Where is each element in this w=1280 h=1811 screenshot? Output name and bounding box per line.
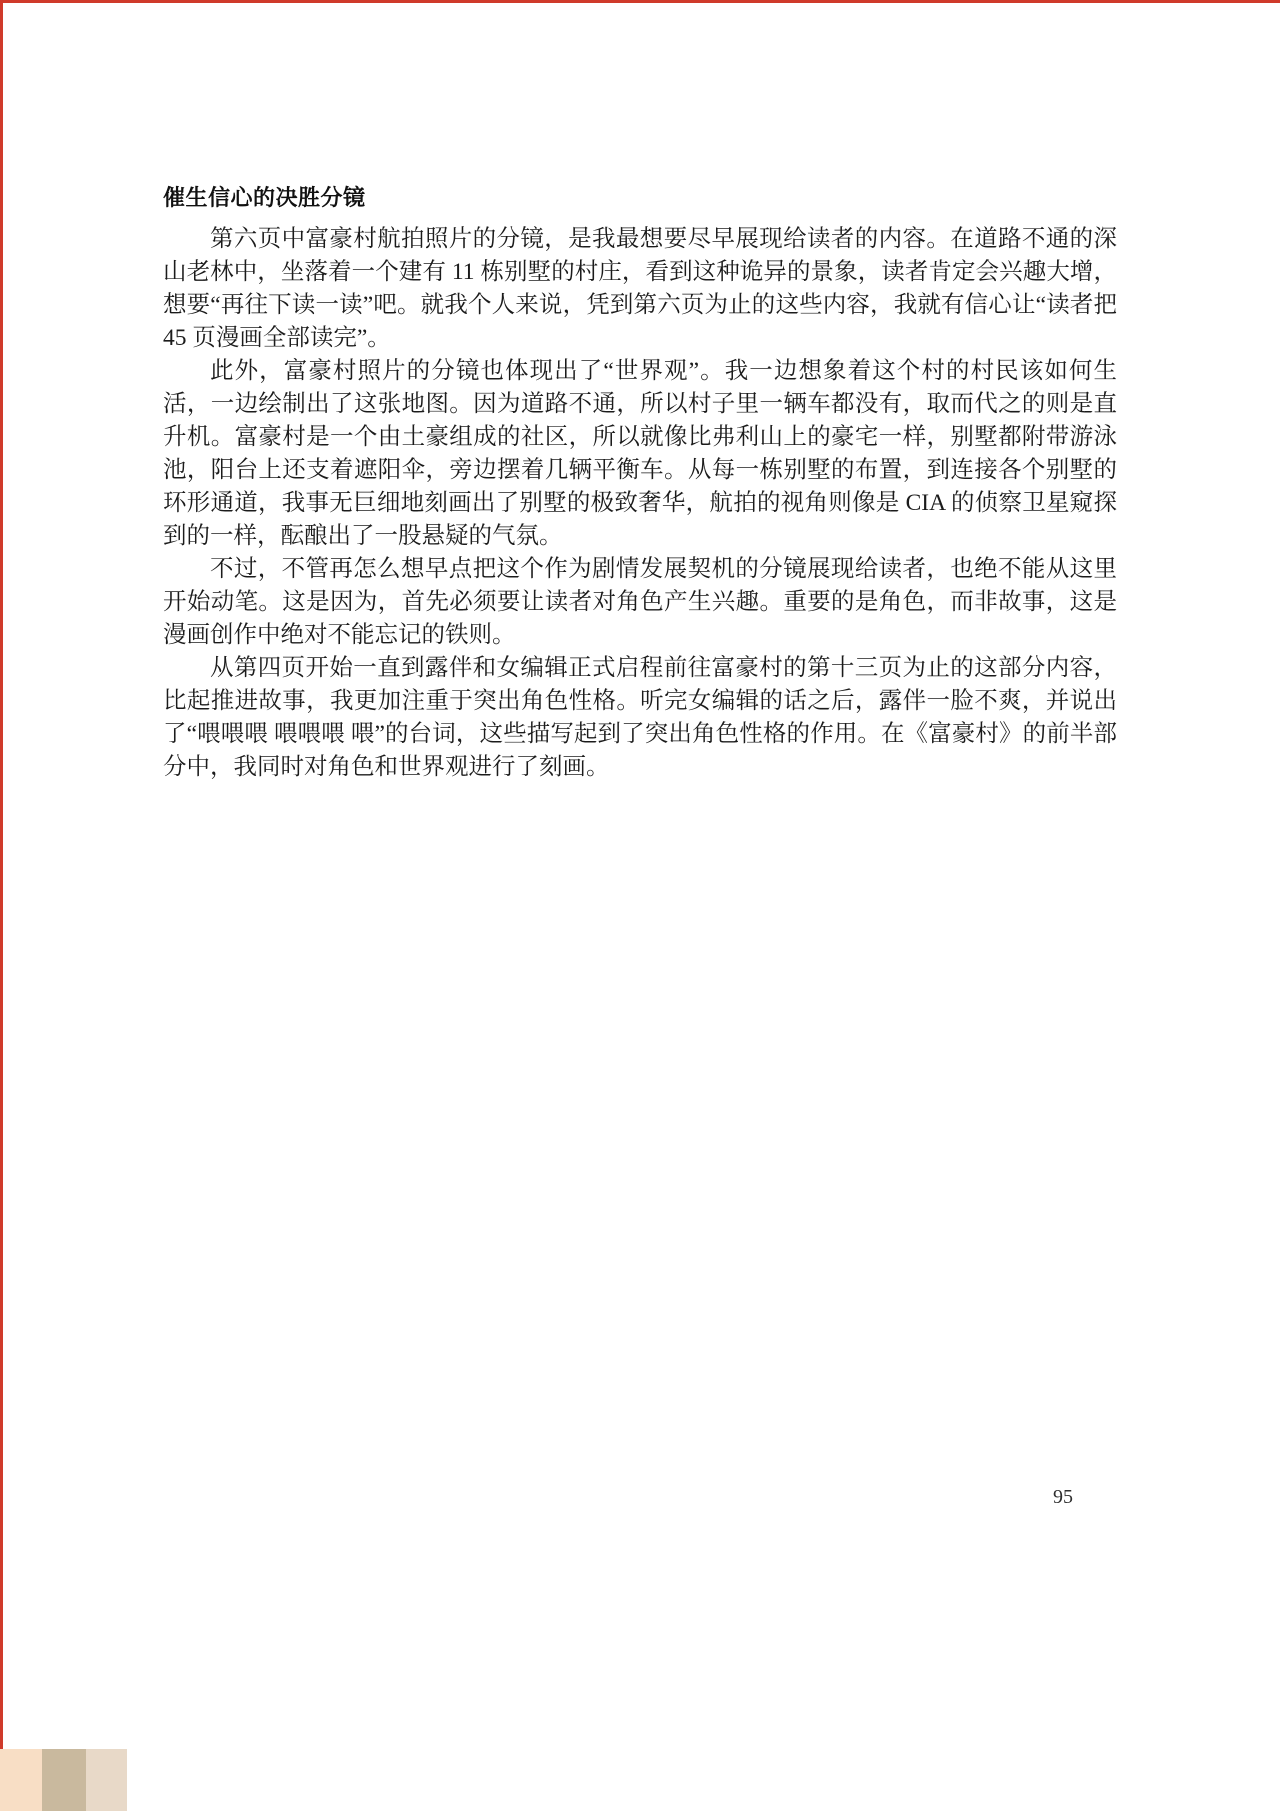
corner-color-block-khaki — [42, 1749, 86, 1811]
top-accent-rule — [0, 0, 1280, 3]
page-number: 95 — [1053, 1484, 1073, 1510]
body-paragraph: 第六页中富豪村航拍照片的分镜，是我最想要尽早展现给读者的内容。在道路不通的深山老… — [163, 223, 1117, 355]
corner-color-blocks — [0, 1749, 127, 1811]
corner-color-block-beige — [86, 1749, 127, 1811]
book-page: 催生信心的决胜分镜 第六页中富豪村航拍照片的分镜，是我最想要尽早展现给读者的内容… — [0, 0, 1280, 1811]
section-heading: 催生信心的决胜分镜 — [163, 181, 1117, 214]
text-column: 催生信心的决胜分镜 第六页中富豪村航拍照片的分镜，是我最想要尽早展现给读者的内容… — [163, 181, 1117, 784]
corner-color-block-peach — [0, 1749, 42, 1811]
left-accent-rule — [0, 0, 3, 1811]
body-paragraph: 不过，不管再怎么想早点把这个作为剧情发展契机的分镜展现给读者，也绝不能从这里开始… — [163, 553, 1117, 652]
body-paragraph: 此外，富豪村照片的分镜也体现出了“世界观”。我一边想象着这个村的村民该如何生活，… — [163, 355, 1117, 553]
body-paragraph: 从第四页开始一直到露伴和女编辑正式启程前往富豪村的第十三页为止的这部分内容，比起… — [163, 652, 1117, 784]
